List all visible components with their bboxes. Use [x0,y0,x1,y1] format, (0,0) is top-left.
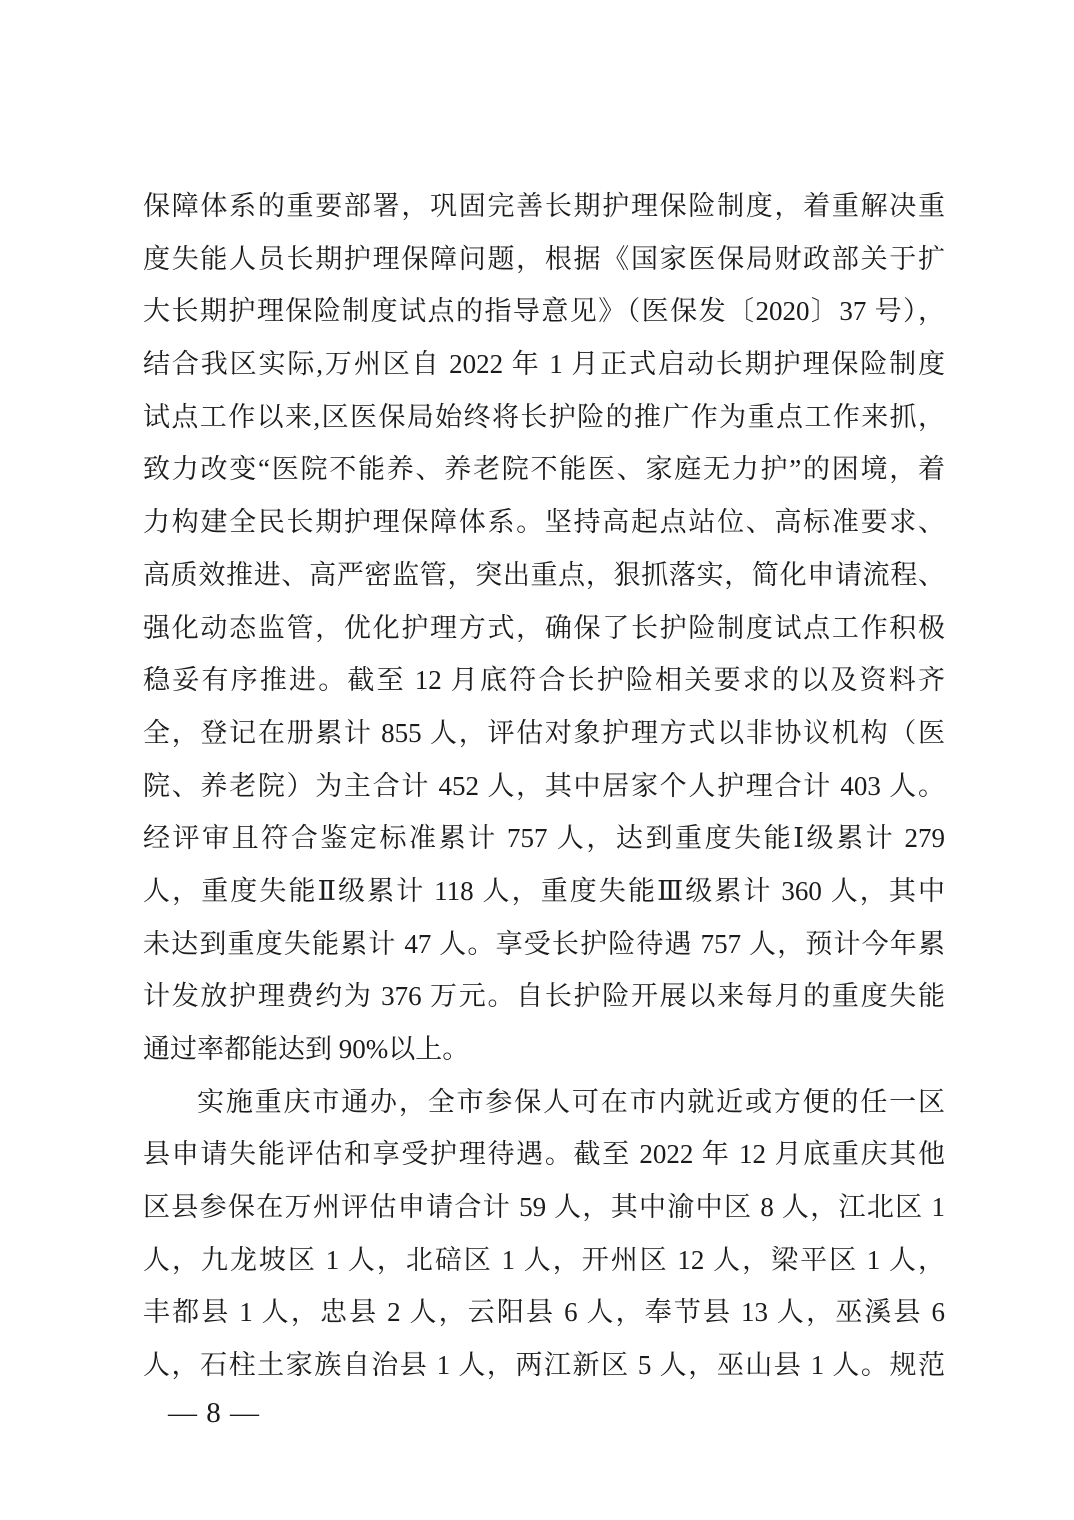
text-line: 稳妥有序推进。截至 12 月底符合长护险相关要求的以及资料齐 [143,654,945,707]
text-line: 人，九龙坡区 1 人，北碚区 1 人，开州区 12 人，梁平区 1 人， [143,1234,945,1287]
document-page: 保障体系的重要部署，巩固完善长期护理保险制度，着重解决重 度失能人员长期护理保障… [0,0,1074,1520]
text-line: 试点工作以来,区医保局始终将长护险的推广作为重点工作来抓， [143,391,945,444]
text-line: 致力改变“医院不能养、养老院不能医、家庭无力护”的困境，着 [143,443,945,496]
text-line: 人，重度失能Ⅱ级累计 118 人，重度失能Ⅲ级累计 360 人，其中 [143,865,945,918]
text-line: 强化动态监管，优化护理方式，确保了长护险制度试点工作积极 [143,602,945,655]
text-line: 大长期护理保险制度试点的指导意见》（医保发〔2020〕37 号）， [143,285,945,338]
text-line: 度失能人员长期护理保障问题，根据《国家医保局财政部关于扩 [143,233,945,286]
text-line: 实施重庆市通办，全市参保人可在市内就近或方便的任一区 [143,1076,945,1129]
text-line: 区县参保在万州评估申请合计 59 人，其中渝中区 8 人，江北区 1 [143,1181,945,1234]
text-line: 保障体系的重要部署，巩固完善长期护理保险制度，着重解决重 [143,180,945,233]
text-line: 人，石柱土家族自治县 1 人，两江新区 5 人，巫山县 1 人。规范 [143,1339,945,1392]
text-line: 结合我区实际,万州区自 2022 年 1 月正式启动长期护理保险制度 [143,338,945,391]
text-line: 力构建全民长期护理保障体系。坚持高起点站位、高标准要求、 [143,496,945,549]
paragraph-1: 保障体系的重要部署，巩固完善长期护理保险制度，着重解决重 度失能人员长期护理保障… [143,180,945,1076]
text-line: 县申请失能评估和享受护理待遇。截至 2022 年 12 月底重庆其他 [143,1128,945,1181]
text-line: 高质效推进、高严密监管，突出重点，狠抓落实，简化申请流程、 [143,549,945,602]
text-line: 全，登记在册累计 855 人，评估对象护理方式以非协议机构（医 [143,707,945,760]
text-block: 保障体系的重要部署，巩固完善长期护理保险制度，着重解决重 度失能人员长期护理保障… [143,180,945,1392]
text-line: 通过率都能达到 90%以上。 [143,1023,945,1076]
text-line: 丰都县 1 人，忠县 2 人，云阳县 6 人，奉节县 13 人，巫溪县 6 [143,1286,945,1339]
paragraph-2: 实施重庆市通办，全市参保人可在市内就近或方便的任一区 县申请失能评估和享受护理待… [143,1076,945,1392]
text-line: 经评审且符合鉴定标准累计 757 人，达到重度失能Ⅰ级累计 279 [143,812,945,865]
page-number: — 8 — [168,1399,260,1428]
text-line: 院、养老院）为主合计 452 人，其中居家个人护理合计 403 人。 [143,760,945,813]
text-line: 未达到重度失能累计 47 人。享受长护险待遇 757 人，预计今年累 [143,918,945,971]
text-line: 计发放护理费约为 376 万元。自长护险开展以来每月的重度失能 [143,970,945,1023]
